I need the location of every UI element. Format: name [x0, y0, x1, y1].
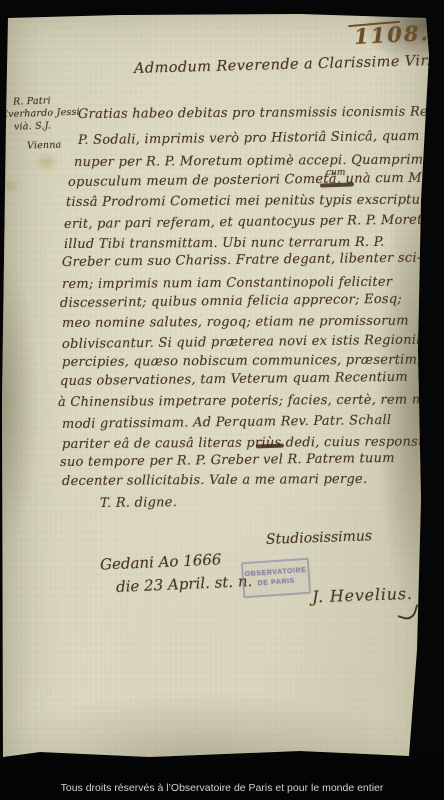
body-line: decenter sollicitabis. Vale a me amari p… — [62, 472, 367, 489]
body-line: nuper per R. P. Moretum optimè accepi. Q… — [74, 152, 444, 170]
stamp-line2: DE PARIS — [257, 577, 295, 588]
page-number: 1108. — [353, 20, 430, 49]
body-line: meo nomine salutes, rogoq; etiam ne prom… — [62, 314, 409, 331]
signature: J. Hevelius. mp — [312, 583, 444, 607]
body-line: rem; imprimis num iam Constantinopoli fe… — [62, 275, 392, 292]
margin-note-line4: Vienna — [27, 139, 62, 151]
manuscript-scan: 1108. Admodum Reverende a Clarissime Vir… — [0, 0, 444, 800]
margin-note-line3: vià. S.J. — [14, 120, 52, 132]
body-line: pariter eâ de causâ literas priùs dedi, … — [62, 434, 439, 452]
body-line: Gratias habeo debitas pro transmissis ic… — [78, 104, 438, 122]
body-line: à Chinensibus impetrare poteris; facies,… — [58, 392, 444, 410]
body-line: percipies, quæso nobiscum communices, pr… — [62, 352, 437, 370]
copyright-text: Tous droits réservés à l’Observatoire de… — [0, 782, 444, 794]
interline-insert: cum — [326, 168, 345, 178]
margin-note-line1: R. Patri — [13, 95, 51, 107]
copyright-bar: Tous droits réservés à l’Observatoire de… — [0, 758, 444, 800]
body-line: tissâ Prodromi Cometici mei penitùs typi… — [66, 192, 433, 210]
body-line: illud Tibi transmittam. Ubi nunc terraru… — [64, 235, 385, 252]
observatory-stamp: OBSERVATOIRE DE PARIS — [241, 558, 311, 599]
body-line: T. R. digne. — [100, 495, 177, 511]
letter-page: 1108. Admodum Reverende a Clarissime Vir… — [0, 0, 444, 800]
